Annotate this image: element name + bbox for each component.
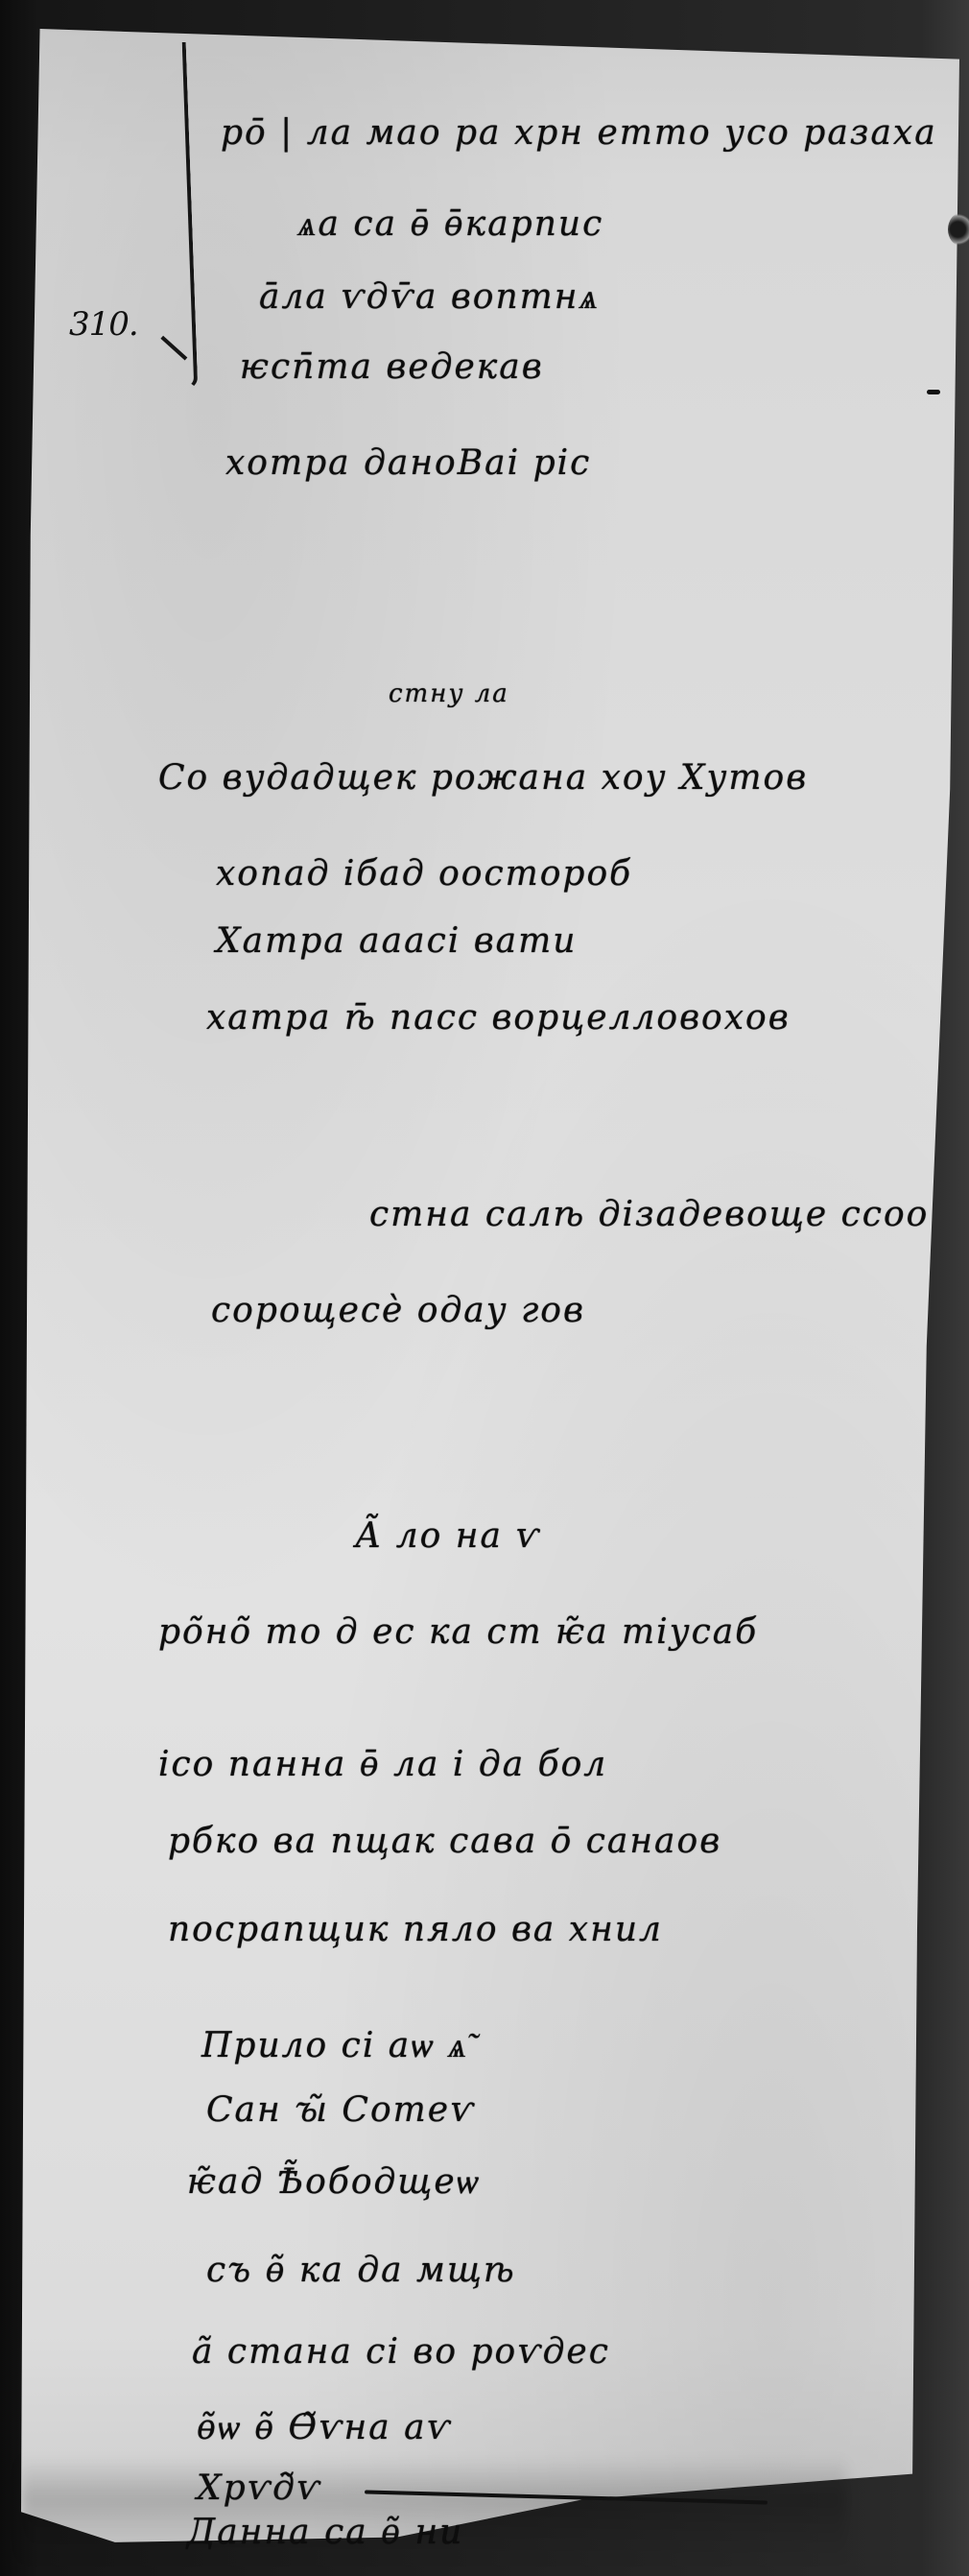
handwritten-line: а̄ла ѵдѵ̄а воптнѧ — [259, 276, 600, 317]
handwritten-line: а̃ стана сі во роѵдес — [192, 2332, 610, 2372]
folio-number: 310. — [69, 305, 138, 344]
margin-dash-mark — [927, 390, 940, 394]
handwritten-line: хотра даноВаі ріс — [225, 443, 591, 483]
handwritten-line: сорощесѐ одау гов — [211, 1291, 585, 1330]
handwritten-line: стна салѣ дізадевоще ссоо — [369, 1195, 929, 1234]
handwritten-line: посрапщик пяло ва хнил — [168, 1910, 663, 1949]
handwritten-line: Данна са ѳ̃ ни — [187, 2513, 463, 2552]
handwritten-line: ро̃но̃ то д ес ка ст ѥ̃а тіусаб — [158, 1612, 758, 1652]
handwritten-line: ѥсп̄та ведекав — [240, 347, 544, 387]
handwritten-line: Со вудадщек рожана хоу Хутов — [158, 758, 808, 798]
handwritten-line: стну ла — [389, 680, 509, 708]
handwritten-line: Прило сі аѡ ѧ̃ — [201, 2025, 468, 2065]
handwritten-line: ѧа са ѳ̄ ѳ̄карпис — [297, 203, 603, 244]
handwritten-line: А̃ ло на ѵ — [355, 1516, 541, 1556]
handwritten-line: Сан ꙑ̃ Сотеѵ — [206, 2090, 476, 2130]
handwritten-line: съ ѳ̃ ка да мщѣ — [206, 2251, 516, 2290]
handwritten-line: хопад ібад оостороб — [216, 854, 632, 894]
handwritten-line: ѥ̃ад Ѣ̃ободщеѡ — [187, 2161, 481, 2202]
handwritten-line: ѳ̃ѡ ѳ̃ Ѳ̃ѵна аѵ — [197, 2407, 452, 2447]
handwritten-line: хатра ѣ̄ пасс ворцелловохов — [206, 998, 791, 1038]
handwritten-line: ісо панна ѳ̄ ла і да бол — [158, 1745, 607, 1784]
handwritten-line: рбко ва пщак сава о̄ санаов — [168, 1822, 721, 1861]
handwritten-line: Хатра ааасі вати — [216, 921, 577, 961]
handwritten-line: Хрѵд̃ѵ — [197, 2469, 321, 2508]
handwritten-line: ро̄ | ла мао ра хрн етто усо разаха — [221, 113, 937, 153]
wax-stain-mark — [948, 213, 969, 246]
